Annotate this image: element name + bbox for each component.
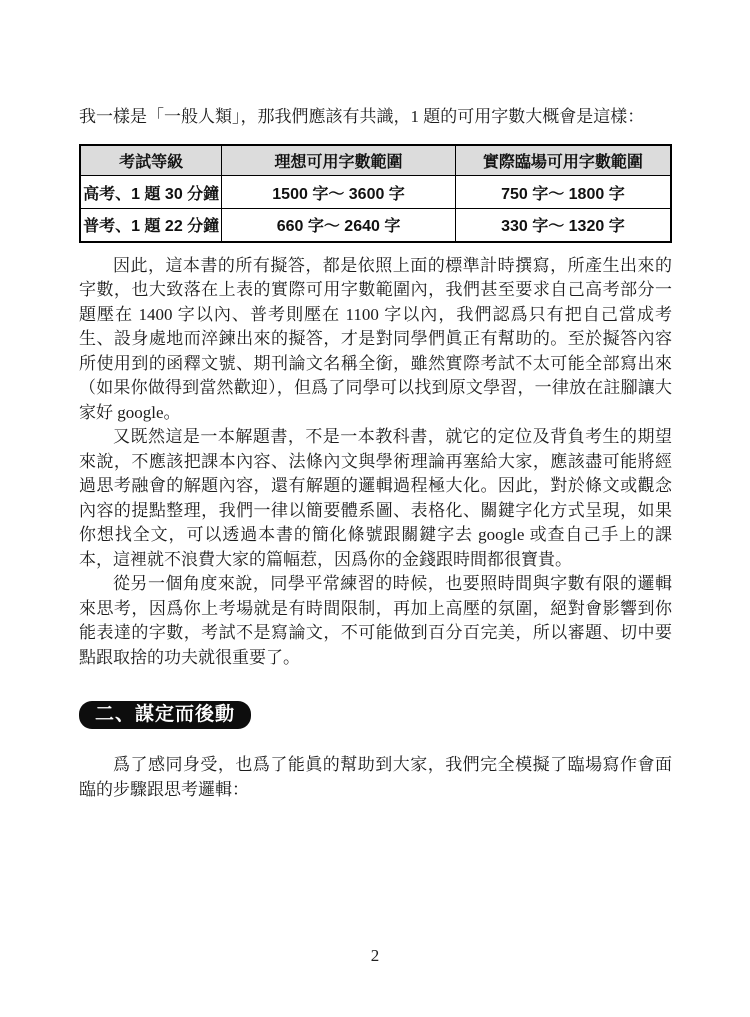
paragraph: 因此，這本書的所有擬答，都是依照上面的標準計時撰寫，所產生出來的字數，也大致落在…	[79, 254, 672, 426]
table-header-row: 考試等級 理想可用字數範圍 實際臨場可用字數範圍	[80, 145, 671, 176]
paragraph: 從另一個角度來說，同學平常練習的時候，也要照時間與字數有限的邏輯來思考，因爲你上…	[79, 572, 672, 670]
cell-actual-range: 750 字～ 1800 字	[455, 176, 671, 209]
header-actual-range: 實際臨場可用字數範圍	[455, 145, 671, 176]
section-heading-label: 二、謀定而後動	[95, 704, 235, 725]
cell-exam-level: 普考、1 題 22 分鐘	[80, 209, 222, 242]
paragraph: 又既然這是一本解題書，不是一本教科書，就它的定位及背負考生的期望來說，不應該把課…	[79, 425, 672, 572]
intro-line: 我一樣是「一般人類」，那我們應該有共識，1 題的可用字數大概會是這樣：	[79, 0, 672, 130]
cell-exam-level: 高考、1 題 30 分鐘	[80, 176, 222, 209]
section-heading-pill: 二、謀定而後動	[79, 701, 251, 729]
page-number: 2	[0, 946, 750, 966]
table-row: 高考、1 題 30 分鐘 1500 字～ 3600 字 750 字～ 1800 …	[80, 176, 671, 209]
cell-ideal-range: 660 字～ 2640 字	[222, 209, 455, 242]
paragraph: 爲了感同身受，也爲了能眞的幫助到大家，我們完全模擬了臨場寫作會面臨的步驟跟思考邏…	[79, 753, 672, 802]
section-heading-row: 二、謀定而後動	[79, 701, 672, 729]
cell-ideal-range: 1500 字～ 3600 字	[222, 176, 455, 209]
page-content: 我一樣是「一般人類」，那我們應該有共識，1 題的可用字數大概會是這樣： 考試等級…	[79, 0, 672, 802]
header-ideal-range: 理想可用字數範圍	[222, 145, 455, 176]
word-count-table: 考試等級 理想可用字數範圍 實際臨場可用字數範圍 高考、1 題 30 分鐘 15…	[79, 144, 672, 243]
book-page: 我一樣是「一般人類」，那我們應該有共識，1 題的可用字數大概會是這樣： 考試等級…	[0, 0, 750, 1017]
table-row: 普考、1 題 22 分鐘 660 字～ 2640 字 330 字～ 1320 字	[80, 209, 671, 242]
header-exam-level: 考試等級	[80, 145, 222, 176]
cell-actual-range: 330 字～ 1320 字	[455, 209, 671, 242]
